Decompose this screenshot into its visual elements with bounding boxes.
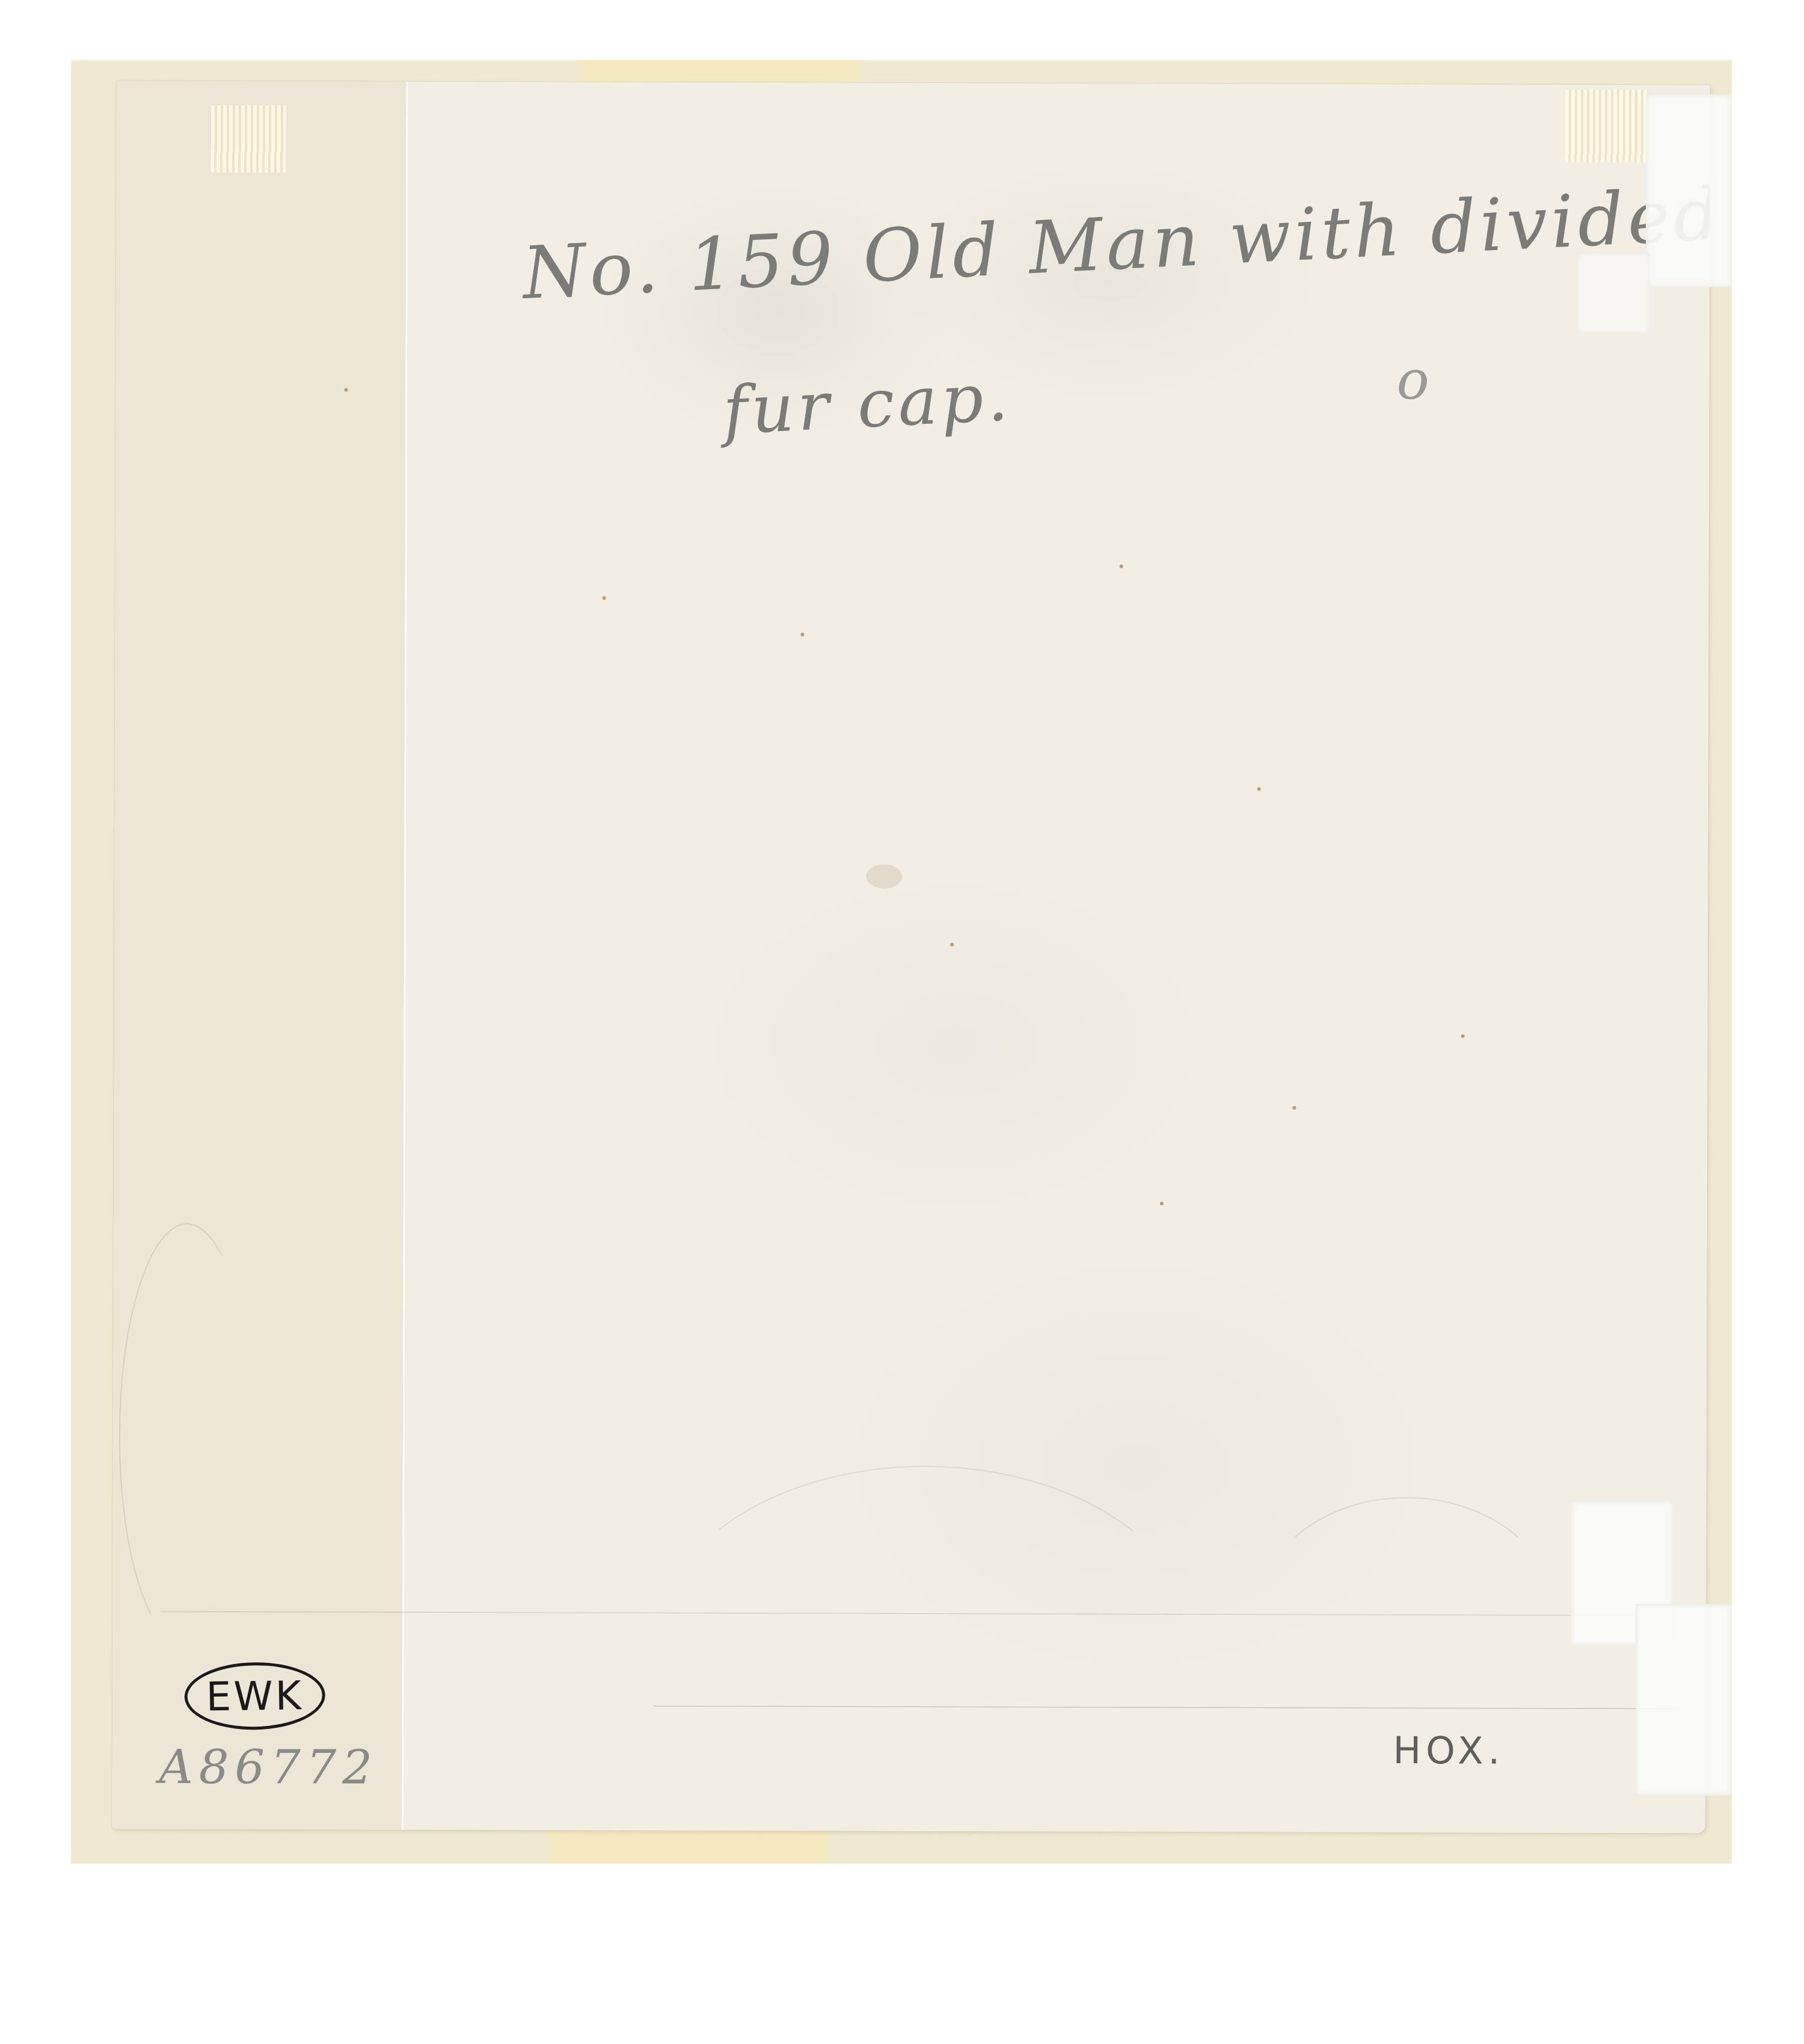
print-paper-verso: No. 159 Old Man with divided fur cap. o …: [112, 81, 1710, 1834]
foxing-spot: [800, 633, 804, 637]
foxing-spot: [1160, 1202, 1164, 1205]
pencil-mark: o: [1396, 349, 1432, 412]
hox-note: HOX.: [1393, 1728, 1505, 1772]
pencil-note-subtitle: fur cap.: [722, 358, 1013, 450]
top-right-hinge-tape: [1646, 94, 1732, 287]
foxing-spot: [950, 943, 954, 946]
faint-sketch-arc: [1255, 1497, 1559, 1740]
faint-sketch-arc: [118, 1223, 254, 1647]
foxing-spot: [344, 388, 348, 392]
top-left-fabric-patch: [210, 105, 286, 173]
top-right-fabric-patch: [1565, 90, 1648, 163]
foxing-spot: [603, 596, 606, 600]
bottom-hinge-tape: [547, 1828, 829, 1864]
paper-abrasion: [866, 864, 902, 889]
foxing-spot: [1120, 565, 1123, 568]
faint-sketch-arc: [653, 1465, 1198, 1829]
collector-stamp-text: EWK: [206, 1672, 304, 1719]
foxing-spot: [1461, 1034, 1465, 1038]
foxing-spot: [1292, 1106, 1296, 1110]
bottom-right-hinge-tape: [1636, 1604, 1732, 1796]
top-right-tape-residue: [1577, 253, 1650, 334]
foxing-spot: [1257, 788, 1261, 791]
inventory-number: A86772: [159, 1740, 378, 1795]
